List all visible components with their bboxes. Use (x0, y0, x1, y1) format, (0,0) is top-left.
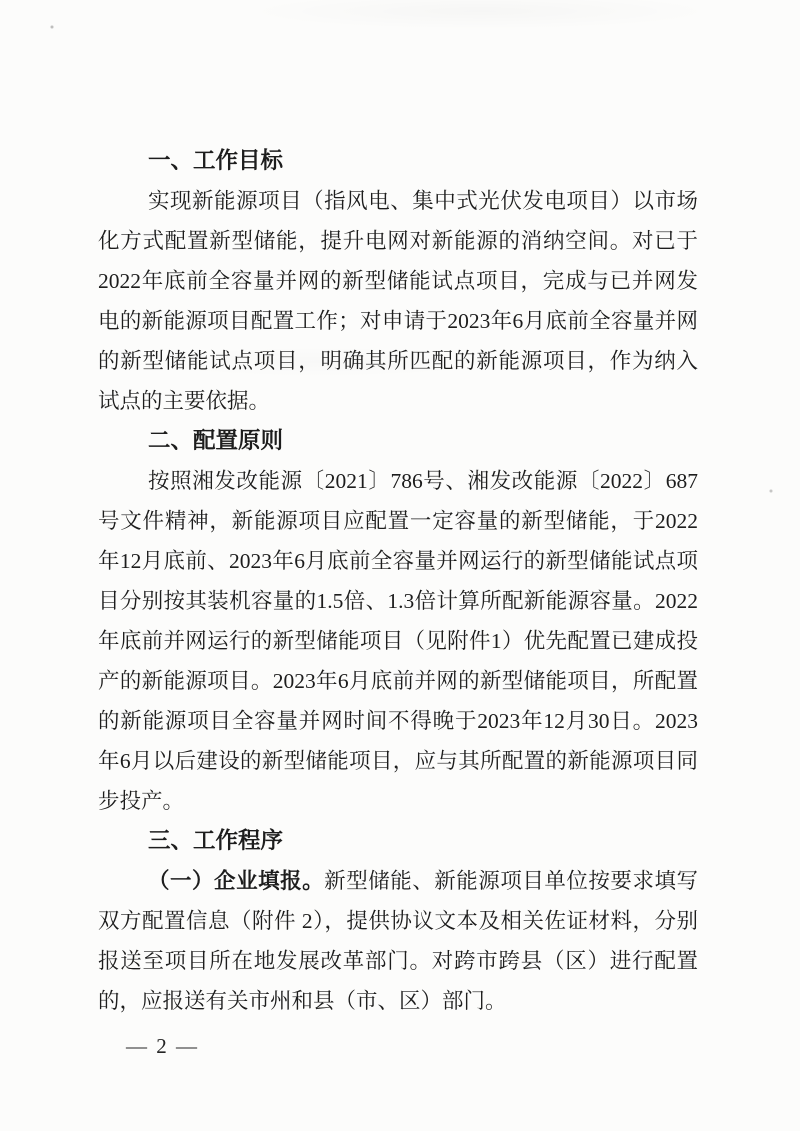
text-line: 实现新能源项目（指风电、集中式光伏发电项目）以市场 (98, 181, 698, 221)
text-line: 的新能源项目全容量并网时间不得晚于2023年12月30日。2023 (98, 701, 698, 741)
text-line: 步投产。 (98, 781, 698, 821)
document-page: 一、工作目标实现新能源项目（指风电、集中式光伏发电项目）以市场化方式配置新型储能… (0, 0, 800, 1131)
text-line: 化方式配置新型储能，提升电网对新能源的消纳空间。对已于 (98, 221, 698, 261)
document-body: 一、工作目标实现新能源项目（指风电、集中式光伏发电项目）以市场化方式配置新型储能… (98, 141, 698, 1021)
page-number: — 2 — (126, 1031, 199, 1061)
text-line: 按照湘发改能源〔2021〕786号、湘发改能源〔2022〕687 (98, 461, 698, 501)
text-line: 年6月以后建设的新型储能项目，应与其所配置的新能源项目同 (98, 741, 698, 781)
text-line: 目分别按其装机容量的1.5倍、1.3倍计算所配新能源容量。2022 (98, 581, 698, 621)
text-line: 双方配置信息（附件 2），提供协议文本及相关佐证材料，分别 (98, 901, 698, 941)
text-line: （一）企业填报。新型储能、新能源项目单位按要求填写 (98, 861, 698, 901)
text-line: 2022年底前全容量并网的新型储能试点项目，完成与已并网发 (98, 261, 698, 301)
section-heading: 一、工作目标 (98, 141, 698, 181)
section-heading: 二、配置原则 (98, 421, 698, 461)
text-line: 电的新能源项目配置工作；对申请于2023年6月底前全容量并网 (98, 301, 698, 341)
bold-lead-in: （一）企业填报。 (148, 869, 324, 893)
text-line: 年12月底前、2023年6月底前全容量并网运行的新型储能试点项 (98, 541, 698, 581)
text-line: 号文件精神，新能源项目应配置一定容量的新型储能，于2022 (98, 501, 698, 541)
text-line: 的，应报送有关市州和县（市、区）部门。 (98, 981, 698, 1021)
text-line: 试点的主要依据。 (98, 381, 698, 421)
text-line: 报送至项目所在地发展改革部门。对跨市跨县（区）进行配置 (98, 941, 698, 981)
text-line: 产的新能源项目。2023年6月底前并网的新型储能项目，所配置 (98, 661, 698, 701)
section-heading: 三、工作程序 (98, 821, 698, 861)
text-line: 的新型储能试点项目，明确其所匹配的新能源项目，作为纳入 (98, 341, 698, 381)
text-line: 年底前并网运行的新型储能项目（见附件1）优先配置已建成投 (98, 621, 698, 661)
